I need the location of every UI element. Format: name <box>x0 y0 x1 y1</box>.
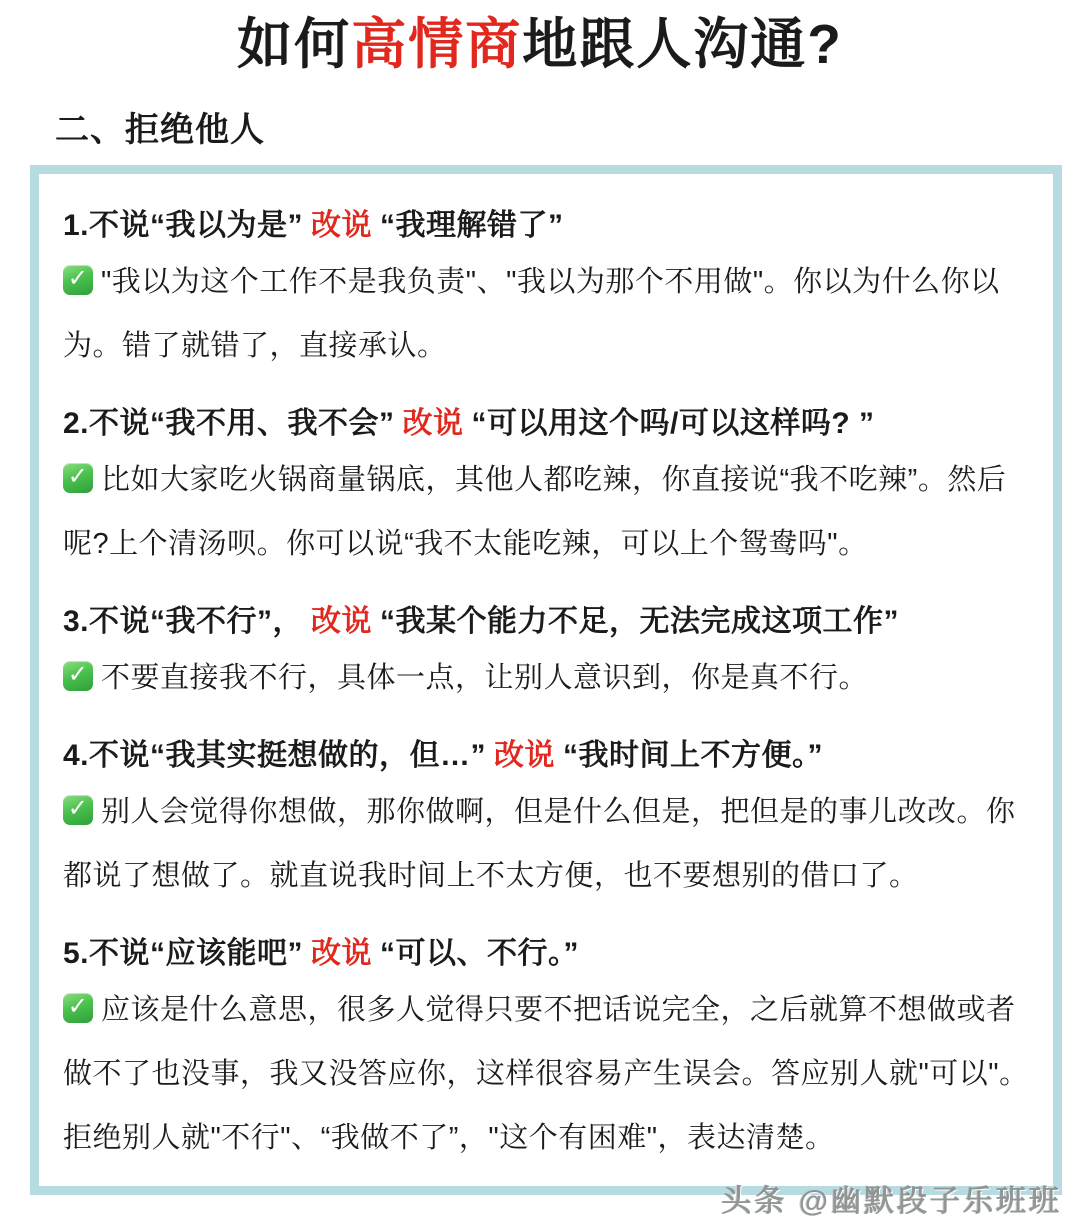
tip-heading-red: 改说 <box>311 209 372 242</box>
tip-heading-red: 改说 <box>311 937 372 970</box>
tip-body: ✓"我以为这个工作不是我负责"、"我以为那个不用做"。你以为什么你以为。错了就错… <box>63 250 1029 378</box>
tip-body: ✓比如大家吃火锅商量锅底，其他人都吃辣，你直接说“我不吃辣”。然后呢?上个清汤呗… <box>63 448 1029 576</box>
check-glyph: ✓ <box>68 995 89 1019</box>
tip-body-text: 应该是什么意思，很多人觉得只要不把话说完全，之后就算不想做或者做不了也没事，我又… <box>63 994 1029 1154</box>
tip-heading-pre: 5.不说“应该能吧” <box>63 937 303 970</box>
tip-heading-pre: 4.不说“我其实挺想做的，但…” <box>63 739 486 772</box>
tip-heading-pre: 2.不说“我不用、我不会” <box>63 407 395 440</box>
check-icon: ✓ <box>63 265 93 295</box>
tip-heading-red: 改说 <box>311 605 372 638</box>
title-pre: 如何 <box>237 13 351 75</box>
tip-heading-post: “我某个能力不足，无法完成这项工作” <box>380 605 899 638</box>
tip-body: ✓应该是什么意思，很多人觉得只要不把话说完全，之后就算不想做或者做不了也没事，我… <box>63 978 1029 1170</box>
tip-item-4: 4.不说“我其实挺想做的，但…”改说“我时间上不方便。” ✓别人会觉得你想做，那… <box>63 736 1029 908</box>
tip-heading: 3.不说“我不行”，改说“我某个能力不足，无法完成这项工作” <box>63 602 1029 642</box>
tip-body-text: 比如大家吃火锅商量锅底，其他人都吃辣，你直接说“我不吃辣”。然后呢?上个清汤呗。… <box>63 464 1006 560</box>
tip-body-text: 别人会觉得你想做，那你做啊，但是什么但是，把但是的事儿改改。你都说了想做了。就直… <box>63 796 1016 892</box>
check-glyph: ✓ <box>68 465 89 489</box>
tip-item-2: 2.不说“我不用、我不会”改说“可以用这个吗/可以这样吗? ” ✓比如大家吃火锅… <box>63 404 1029 576</box>
title-highlight: 高情商 <box>351 13 522 75</box>
tip-heading: 1.不说“我以为是”改说“我理解错了” <box>63 206 1029 246</box>
watermark: 头条 @幽默段子乐班班 <box>721 1176 1062 1220</box>
check-glyph: ✓ <box>68 267 89 291</box>
tip-body: ✓不要直接我不行，具体一点，让别人意识到，你是真不行。 <box>63 646 1029 710</box>
tip-heading-pre: 3.不说“我不行”， <box>63 605 303 638</box>
content-box: 1.不说“我以为是”改说“我理解错了” ✓"我以为这个工作不是我负责"、"我以为… <box>30 165 1062 1195</box>
tip-body-text: 不要直接我不行，具体一点，让别人意识到，你是真不行。 <box>101 662 868 694</box>
section-heading: 二、拒绝他人 <box>55 102 1080 151</box>
tip-heading-pre: 1.不说“我以为是” <box>63 209 303 242</box>
check-icon: ✓ <box>63 993 93 1023</box>
tip-item-1: 1.不说“我以为是”改说“我理解错了” ✓"我以为这个工作不是我负责"、"我以为… <box>63 206 1029 378</box>
page-title: 如何高情商地跟人沟通? <box>0 12 1080 76</box>
tip-heading-post: “可以用这个吗/可以这样吗? ” <box>472 407 875 440</box>
tip-heading: 2.不说“我不用、我不会”改说“可以用这个吗/可以这样吗? ” <box>63 404 1029 444</box>
tip-heading-post: “我理解错了” <box>380 209 564 242</box>
tip-item-3: 3.不说“我不行”，改说“我某个能力不足，无法完成这项工作” ✓不要直接我不行，… <box>63 602 1029 710</box>
tip-body-text: "我以为这个工作不是我负责"、"我以为那个不用做"。你以为什么你以为。错了就错了… <box>63 266 1000 362</box>
check-glyph: ✓ <box>68 797 89 821</box>
tip-heading: 5.不说“应该能吧”改说“可以、不行。” <box>63 934 1029 974</box>
check-icon: ✓ <box>63 795 93 825</box>
check-icon: ✓ <box>63 463 93 493</box>
title-post: 地跟人沟通? <box>522 13 843 75</box>
tip-heading-post: “我时间上不方便。” <box>563 739 823 772</box>
check-glyph: ✓ <box>68 663 89 687</box>
tip-heading-post: “可以、不行。” <box>380 937 579 970</box>
tip-heading: 4.不说“我其实挺想做的，但…”改说“我时间上不方便。” <box>63 736 1029 776</box>
check-icon: ✓ <box>63 661 93 691</box>
tip-body: ✓别人会觉得你想做，那你做啊，但是什么但是，把但是的事儿改改。你都说了想做了。就… <box>63 780 1029 908</box>
tip-heading-red: 改说 <box>494 739 555 772</box>
tip-heading-red: 改说 <box>403 407 464 440</box>
tip-item-5: 5.不说“应该能吧”改说“可以、不行。” ✓应该是什么意思，很多人觉得只要不把话… <box>63 934 1029 1170</box>
